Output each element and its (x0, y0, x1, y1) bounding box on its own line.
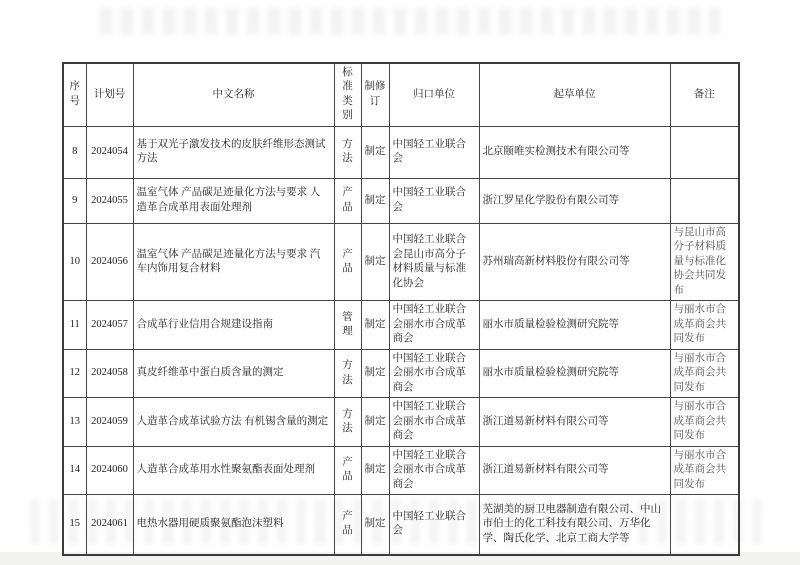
cell-formulate-revise: 制定 (361, 349, 389, 397)
header-standard-category: 标准类别 (334, 63, 361, 126)
table-row: 9 2024055 温室气体 产品碳足迹量化方法与要求 人造革合成革用表面处理剂… (63, 178, 739, 223)
table-row: 10 2024056 温室气体 产品碳足迹量化方法与要求 汽车内饰用复合材料 产… (63, 223, 739, 300)
header-remarks: 备注 (670, 63, 739, 126)
cell-plan-number: 2024056 (86, 223, 133, 300)
cell-formulate-revise: 制定 (361, 126, 389, 178)
cell-chinese-name: 真皮纤维革中蛋白质含量的测定 (133, 349, 334, 397)
cell-serial-number: 13 (63, 398, 86, 446)
cell-chinese-name: 人造革合成革用水性聚氨酯表面处理剂 (133, 446, 334, 494)
cell-drafting-unit: 苏州瑞高新材料股份有限公司等 (479, 223, 670, 300)
table-row: 15 2024061 电热水器用硬质聚氨酯泡沫塑料 产品 制定 中国轻工业联合会… (63, 495, 739, 555)
cell-standard-category: 方法 (334, 398, 361, 446)
header-serial-number: 序号 (63, 63, 86, 126)
cell-remarks: 与昆山市高分子材料质量与标准化协会共同发布 (670, 223, 739, 300)
cell-plan-number: 2024054 (86, 126, 133, 178)
cell-remarks (670, 126, 739, 178)
cell-remarks (670, 495, 739, 555)
cell-serial-number: 15 (63, 495, 86, 555)
cell-centralized-unit: 中国轻工业联合会 (389, 178, 479, 223)
cell-chinese-name: 合成革行业信用合规建设指南 (133, 301, 334, 349)
cell-plan-number: 2024058 (86, 349, 133, 397)
table-row: 14 2024060 人造革合成革用水性聚氨酯表面处理剂 产品 制定 中国轻工业… (63, 446, 739, 494)
table-row: 12 2024058 真皮纤维革中蛋白质含量的测定 方法 制定 中国轻工业联合会… (63, 349, 739, 397)
cell-drafting-unit: 丽水市质量检验检测研究院等 (479, 301, 670, 349)
cell-chinese-name: 温室气体 产品碳足迹量化方法与要求 汽车内饰用复合材料 (133, 223, 334, 300)
cell-centralized-unit: 中国轻工业联合会丽水市合成革商会 (389, 398, 479, 446)
cell-formulate-revise: 制定 (361, 223, 389, 300)
table-row: 8 2024054 基于双光子激发技术的皮肤纤维形态测试方法 方法 制定 中国轻… (63, 126, 739, 178)
cell-standard-category: 方法 (334, 126, 361, 178)
cell-formulate-revise: 制定 (361, 301, 389, 349)
table-body: 8 2024054 基于双光子激发技术的皮肤纤维形态测试方法 方法 制定 中国轻… (63, 126, 739, 554)
cell-centralized-unit: 中国轻工业联合会 (389, 126, 479, 178)
cell-standard-category: 管理 (334, 301, 361, 349)
cell-drafting-unit: 丽水市质量检验检测研究院等 (479, 349, 670, 397)
cell-plan-number: 2024059 (86, 398, 133, 446)
cell-plan-number: 2024061 (86, 495, 133, 555)
header-chinese-name: 中文名称 (133, 63, 334, 126)
cell-serial-number: 11 (63, 301, 86, 349)
cell-drafting-unit: 浙江罗星化学股份有限公司等 (479, 178, 670, 223)
cell-drafting-unit: 芜湖美的厨卫电器制造有限公司、中山市伯士的化工科技有限公司、万华化学、陶氏化学、… (479, 495, 670, 555)
cell-remarks: 与丽水市合成革商会共同发布 (670, 301, 739, 349)
cell-serial-number: 9 (63, 178, 86, 223)
cell-standard-category: 产品 (334, 223, 361, 300)
header-centralized-unit: 归口单位 (389, 63, 479, 126)
cell-centralized-unit: 中国轻工业联合会丽水市合成革商会 (389, 446, 479, 494)
cell-centralized-unit: 中国轻工业联合会昆山市高分子材料质量与标准化协会 (389, 223, 479, 300)
page-bleedthrough-top (100, 8, 720, 34)
cell-plan-number: 2024055 (86, 178, 133, 223)
cell-serial-number: 14 (63, 446, 86, 494)
cell-formulate-revise: 制定 (361, 495, 389, 555)
cell-remarks (670, 178, 739, 223)
header-formulate-revise: 制修订 (361, 63, 389, 126)
cell-remarks: 与丽水市合成革商会共同发布 (670, 446, 739, 494)
cell-remarks: 与丽水市合成革商会共同发布 (670, 349, 739, 397)
cell-remarks: 与丽水市合成革商会共同发布 (670, 398, 739, 446)
cell-drafting-unit: 北京颐唯实检测技术有限公司等 (479, 126, 670, 178)
header-drafting-unit: 起草单位 (479, 63, 670, 126)
cell-chinese-name: 基于双光子激发技术的皮肤纤维形态测试方法 (133, 126, 334, 178)
cell-serial-number: 12 (63, 349, 86, 397)
cell-centralized-unit: 中国轻工业联合会 (389, 495, 479, 555)
cell-centralized-unit: 中国轻工业联合会丽水市合成革商会 (389, 349, 479, 397)
table-header-row: 序号 计划号 中文名称 标准类别 制修订 归口单位 起草单位 备注 (63, 63, 739, 126)
cell-serial-number: 10 (63, 223, 86, 300)
cell-standard-category: 产品 (334, 178, 361, 223)
header-plan-number: 计划号 (86, 63, 133, 126)
cell-standard-category: 产品 (334, 495, 361, 555)
cell-drafting-unit: 浙江道易新材料有限公司等 (479, 398, 670, 446)
table-row: 11 2024057 合成革行业信用合规建设指南 管理 制定 中国轻工业联合会丽… (63, 301, 739, 349)
cell-standard-category: 产品 (334, 446, 361, 494)
cell-drafting-unit: 浙江道易新材料有限公司等 (479, 446, 670, 494)
cell-chinese-name: 电热水器用硬质聚氨酯泡沫塑料 (133, 495, 334, 555)
cell-chinese-name: 温室气体 产品碳足迹量化方法与要求 人造革合成革用表面处理剂 (133, 178, 334, 223)
cell-standard-category: 方法 (334, 349, 361, 397)
cell-plan-number: 2024057 (86, 301, 133, 349)
standards-plan-table: 序号 计划号 中文名称 标准类别 制修订 归口单位 起草单位 备注 8 2024… (62, 62, 740, 556)
cell-formulate-revise: 制定 (361, 178, 389, 223)
cell-formulate-revise: 制定 (361, 446, 389, 494)
table-row: 13 2024059 人造革合成革试验方法 有机锡含量的测定 方法 制定 中国轻… (63, 398, 739, 446)
cell-serial-number: 8 (63, 126, 86, 178)
cell-formulate-revise: 制定 (361, 398, 389, 446)
cell-plan-number: 2024060 (86, 446, 133, 494)
cell-chinese-name: 人造革合成革试验方法 有机锡含量的测定 (133, 398, 334, 446)
cell-centralized-unit: 中国轻工业联合会丽水市合成革商会 (389, 301, 479, 349)
